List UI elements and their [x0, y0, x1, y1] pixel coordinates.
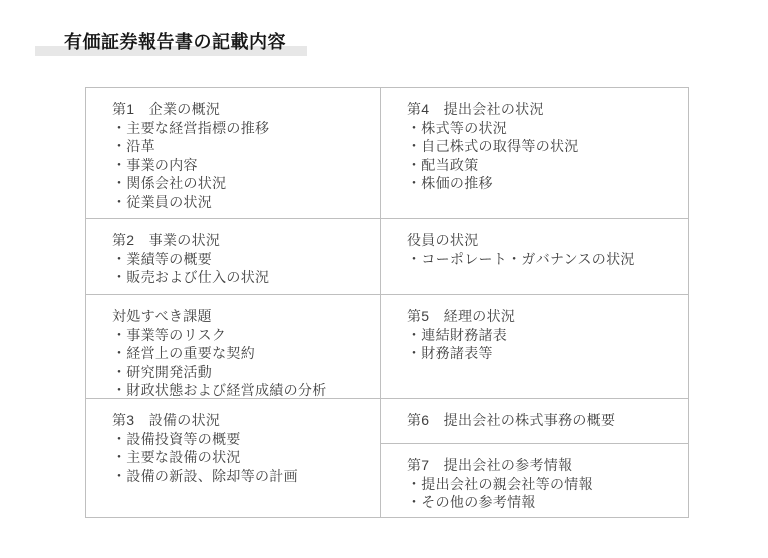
table-cell-part1: 第1 企業の概況 ・主要な経営指標の推移 ・沿革 ・事業の内容 ・関係会社の状況…	[86, 88, 381, 219]
table-cell-part2: 第2 事業の状況 ・業績等の概要 ・販売および仕入の状況	[86, 219, 381, 295]
section-item: ・連結財務諸表	[407, 326, 680, 345]
section-item: ・配当政策	[407, 156, 680, 175]
section-item: ・沿革	[112, 137, 372, 156]
table-cell-part7: 第7 提出会社の参考情報 ・提出会社の親会社等の情報 ・その他の参考情報	[381, 444, 688, 517]
section-item: ・財政状態および経営成績の分析	[112, 381, 372, 399]
table-cell-part3: 第3 設備の状況 ・設備投資等の概要 ・主要な設備の状況 ・設備の新設、除却等の…	[86, 399, 381, 517]
section-heading: 第5 経理の状況	[407, 307, 680, 326]
section-item: ・主要な設備の状況	[112, 448, 372, 467]
section-item: ・関係会社の状況	[112, 174, 372, 193]
section-item: ・主要な経営指標の推移	[112, 119, 372, 138]
table-cell-part6: 第6 提出会社の株式事務の概要	[381, 399, 688, 444]
section-item: ・設備の新設、除却等の計画	[112, 467, 372, 486]
section-item: ・従業員の状況	[112, 193, 372, 212]
section-item: ・その他の参考情報	[407, 493, 680, 512]
section-item: ・経営上の重要な契約	[112, 344, 372, 363]
section-heading: 第2 事業の状況	[112, 231, 372, 250]
section-item: ・コーポレート・ガバナンスの状況	[407, 250, 680, 269]
section-item: ・設備投資等の概要	[112, 430, 372, 449]
table-cell-issues: 対処すべき課題 ・事業等のリスク ・経営上の重要な契約 ・研究開発活動 ・財政状…	[86, 295, 381, 399]
section-item: ・株価の推移	[407, 174, 680, 193]
section-heading: 第1 企業の概況	[112, 100, 372, 119]
section-item: ・事業の内容	[112, 156, 372, 175]
section-item: ・提出会社の親会社等の情報	[407, 475, 680, 494]
page-title: 有価証券報告書の記載内容	[64, 31, 286, 53]
section-item: ・株式等の状況	[407, 119, 680, 138]
contents-table: 第1 企業の概況 ・主要な経営指標の推移 ・沿革 ・事業の内容 ・関係会社の状況…	[85, 87, 689, 518]
section-item: ・研究開発活動	[112, 363, 372, 382]
section-heading: 役員の状況	[407, 231, 680, 250]
section-heading: 対処すべき課題	[112, 307, 372, 326]
table-cell-part4: 第4 提出会社の状況 ・株式等の状況 ・自己株式の取得等の状況 ・配当政策 ・株…	[381, 88, 688, 219]
page: 有価証券報告書の記載内容 第1 企業の概況 ・主要な経営指標の推移 ・沿革 ・事…	[0, 0, 768, 558]
section-heading: 第7 提出会社の参考情報	[407, 456, 680, 475]
section-item: ・業績等の概要	[112, 250, 372, 269]
section-heading: 第6 提出会社の株式事務の概要	[407, 411, 680, 430]
table-cell-officers: 役員の状況 ・コーポレート・ガバナンスの状況	[381, 219, 688, 295]
table-cell-part5: 第5 経理の状況 ・連結財務諸表 ・財務諸表等	[381, 295, 688, 399]
section-item: ・自己株式の取得等の状況	[407, 137, 680, 156]
section-heading: 第3 設備の状況	[112, 411, 372, 430]
section-item: ・財務諸表等	[407, 344, 680, 363]
section-item: ・事業等のリスク	[112, 326, 372, 345]
section-heading: 第4 提出会社の状況	[407, 100, 680, 119]
title-area: 有価証券報告書の記載内容	[0, 0, 768, 70]
section-item: ・販売および仕入の状況	[112, 268, 372, 287]
